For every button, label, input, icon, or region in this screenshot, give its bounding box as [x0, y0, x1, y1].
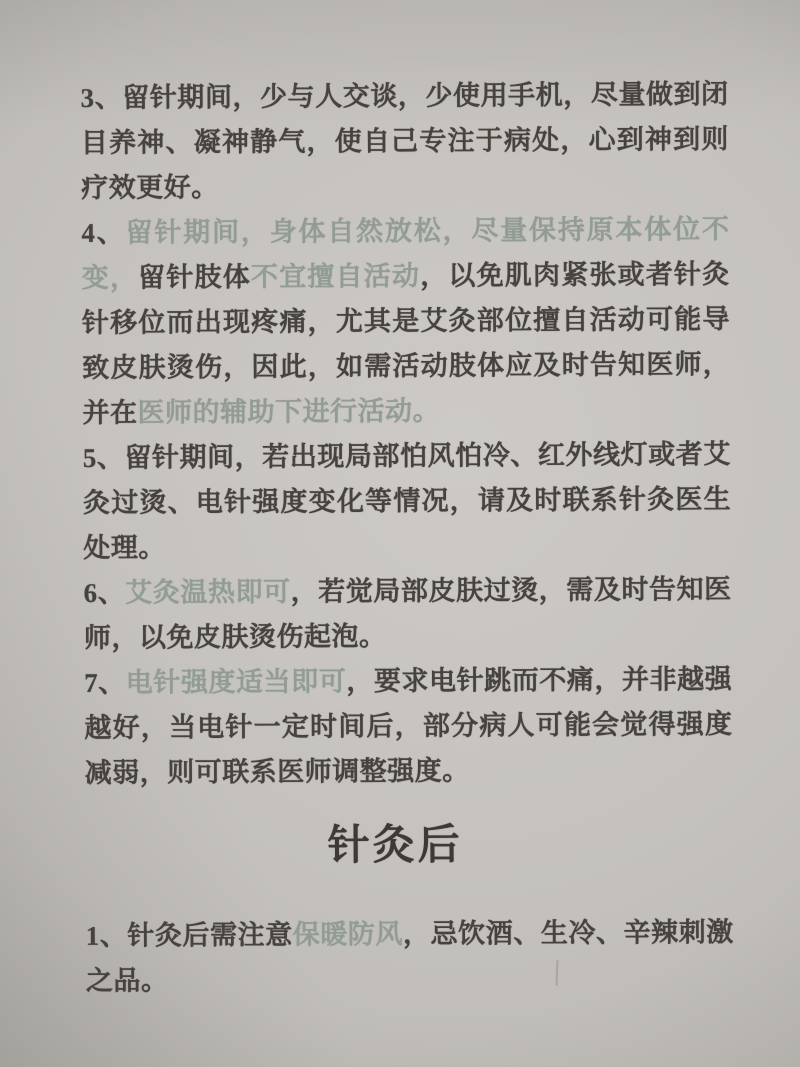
paragraph: 5、留针期间，若出现局部怕风怕冷、红外线灯或者艾灸过烫、电针强度变化等情况，请及… — [83, 432, 732, 571]
photo-of-document: 3、留针期间，少与人交谈，少使用手机，尽量做到闭目养神、凝神静气，使自己专注于病… — [0, 0, 800, 1067]
text-segment: 留针肢体 — [138, 262, 251, 293]
text-segment: 不宜擅自活动 — [251, 261, 420, 292]
paragraph: 1、针灸后需注意保暖防风，忌饮酒、生冷、辛辣刺激之品。 — [86, 910, 735, 1004]
text-segment: 5、留针期间，若出现局部怕风怕冷、红外线灯或者艾灸过烫、电针强度变化等情况，请及… — [83, 439, 731, 563]
text-segment: 3、留针期间，少与人交谈，少使用手机，尽量做到闭目养神、凝神静气，使自己专注于病… — [81, 79, 729, 203]
text-segment: 1、针灸后需注意 — [86, 920, 293, 951]
paragraph: 6、艾灸温热即可，若觉局部皮肤过烫，需及时告知医师，以免皮肤烫伤起泡。 — [83, 567, 732, 661]
document-text: 3、留针期间，少与人交谈，少使用手机，尽量做到闭目养神、凝神静气，使自己专注于病… — [0, 0, 800, 1004]
text-segment: 4、 — [81, 218, 125, 248]
section-heading: 针灸后 — [71, 808, 719, 884]
paragraph: 7、电针强度适当即可，要求电针跳而不痛，并非越强越好，当电针一定时间后，部分病人… — [84, 657, 733, 796]
text-segment: 医师的辅助下进行活动。 — [137, 396, 440, 428]
text-segment: 保暖防风 — [293, 919, 403, 950]
text-segment: 电针强度适当即可 — [126, 666, 347, 697]
paragraph: 3、留针期间，少与人交谈，少使用手机，尽量做到闭目养神、凝神静气，使自己专注于病… — [80, 72, 729, 211]
text-segment: 艾灸温热即可 — [125, 577, 291, 608]
paragraph: 4、留针期间，身体自然放松，尽量保持原本体位不变，留针肢体不宜擅自活动，以免肌肉… — [81, 207, 730, 436]
text-segment: 7、 — [84, 668, 126, 698]
text-segment: 6、 — [84, 578, 126, 608]
